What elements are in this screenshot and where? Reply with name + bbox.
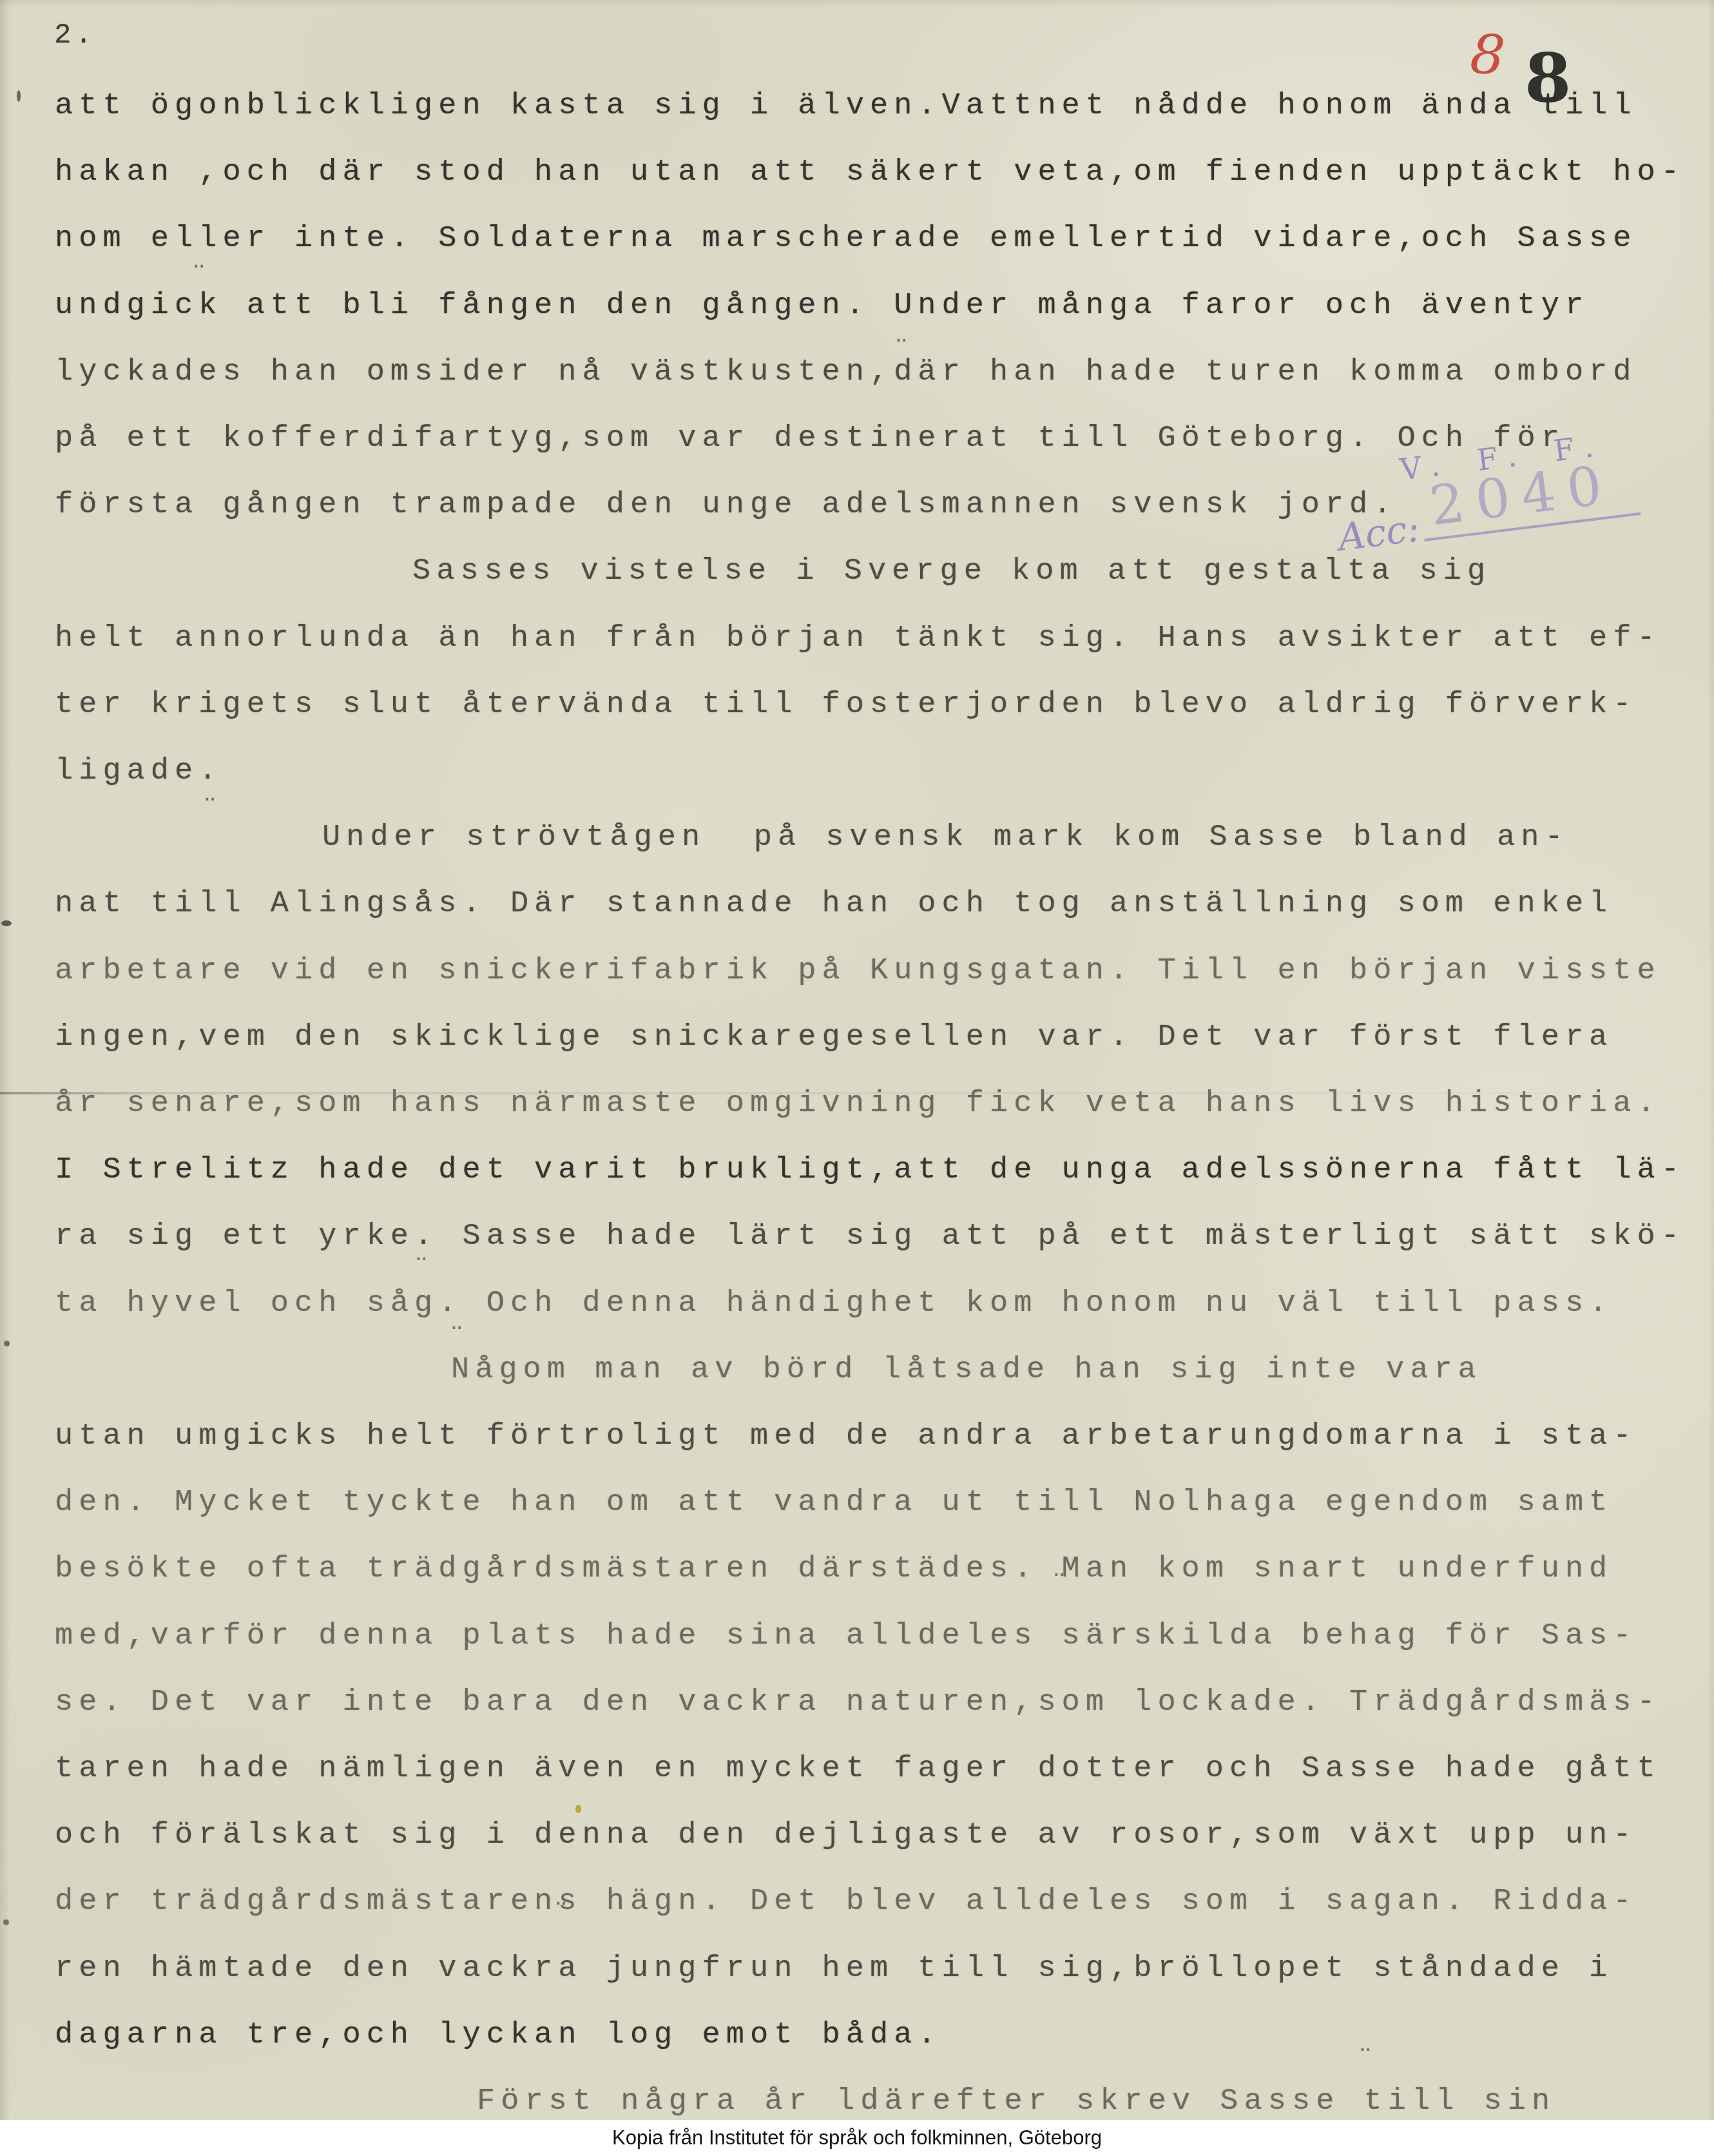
typescript-line: och förälskat sig i denna den dejligaste… bbox=[55, 1818, 1637, 1852]
stray-umlaut-mark: ¨ bbox=[201, 794, 219, 828]
typescript-line: att ögonblickligen kasta sig i älven.Vat… bbox=[55, 89, 1637, 123]
ink-speck bbox=[1, 920, 12, 926]
typescript-line: hakan ,och där stod han utan att säkert … bbox=[55, 155, 1685, 189]
typescript-line: på ett kofferdifartyg,som var destinerat… bbox=[55, 422, 1565, 456]
fold-crease bbox=[0, 1092, 1714, 1094]
stray-umlaut-mark: ¨ bbox=[448, 1323, 466, 1356]
typescript-line: Någom man av börd låtsade han sig inte v… bbox=[451, 1353, 1482, 1387]
stray-umlaut-mark: ¨ bbox=[892, 335, 910, 369]
typescript-line: nom eller inte. Soldaterna marscherade e… bbox=[55, 222, 1637, 256]
typescript-line: ingen,vem den skicklige snickaregesellen… bbox=[55, 1020, 1613, 1054]
typescript-line: lyckades han omsider nå västkusten,där h… bbox=[55, 355, 1637, 389]
provenance-footer: Kopia från Institutet för språk och folk… bbox=[0, 2120, 1714, 2156]
ink-speck bbox=[575, 1805, 581, 1813]
typescript-line: Under strövtågen på svensk mark kom Sass… bbox=[322, 821, 1569, 855]
provenance-text: Kopia från Institutet för språk och folk… bbox=[612, 2126, 1102, 2150]
typescript-line: ta hyvel och såg. Och denna händighet ko… bbox=[55, 1287, 1613, 1321]
typescript-line: ligade. bbox=[55, 754, 222, 788]
typescript-line: utan umgicks helt förtroligt med de andr… bbox=[55, 1419, 1637, 1453]
typescript-line: nat till Alingsås. Där stannade han och … bbox=[55, 887, 1613, 921]
typescript-line: I Strelitz hade det varit brukligt,att d… bbox=[55, 1153, 1685, 1187]
typescript-line: arbetare vid en snickerifabrik på Kungsg… bbox=[55, 954, 1661, 988]
stray-umlaut-mark: ¨ bbox=[412, 1254, 430, 1287]
typescript-line: ren hämtade den vackra jungfrun hem till… bbox=[55, 1952, 1613, 1986]
typescript-line: med,varför denna plats hade sina alldele… bbox=[55, 1619, 1637, 1653]
typescript-line: ra sig ett yrke. Sasse hade lärt sig att… bbox=[55, 1219, 1685, 1254]
typescript-line: undgick att bli fången den gången. Under… bbox=[55, 289, 1589, 323]
typescript-line: besökte ofta trädgårdsmästaren därstädes… bbox=[55, 1552, 1613, 1586]
typescript-line: helt annorlunda än han från början tänkt… bbox=[55, 621, 1661, 656]
page-number: 2. bbox=[54, 19, 96, 52]
handwritten-red-page-number: 8 bbox=[1468, 22, 1507, 87]
ink-speck bbox=[3, 1919, 9, 1925]
ink-speck bbox=[17, 90, 21, 102]
stray-umlaut-mark: ¨ bbox=[1050, 1569, 1068, 1603]
typescript-line: den. Mycket tyckte han om att vandra ut … bbox=[55, 1486, 1613, 1520]
typescript-line: Först några år ldärefter skrev Sasse til… bbox=[477, 2084, 1555, 2119]
typescript-line: ter krigets slut återvända till fosterjo… bbox=[55, 688, 1637, 722]
typescript-line: se. Det var inte bara den vackra naturen… bbox=[55, 1685, 1661, 1720]
typescript-line: taren hade nämligen även en mycket fager… bbox=[55, 1752, 1661, 1786]
stray-umlaut-mark: ¨ bbox=[552, 1898, 570, 1932]
stray-umlaut-mark: ¨ bbox=[1356, 2044, 1374, 2078]
typescript-line: Sasses vistelse i Sverge kom att gestalt… bbox=[412, 554, 1491, 588]
typescript-line: der trädgårdsmästarens hägn. Det blev al… bbox=[55, 1885, 1637, 1919]
typescript-line: dagarna tre,och lyckan log emot båda. bbox=[55, 2018, 942, 2052]
stray-umlaut-mark: ¨ bbox=[190, 261, 208, 295]
typescript-line: första gången trampade den unge adelsman… bbox=[55, 488, 1397, 522]
document-page: 2. 8 8 V. F. F. 2040 Acc: att ögonblickl… bbox=[0, 0, 1714, 2156]
ink-speck bbox=[4, 1341, 10, 1346]
